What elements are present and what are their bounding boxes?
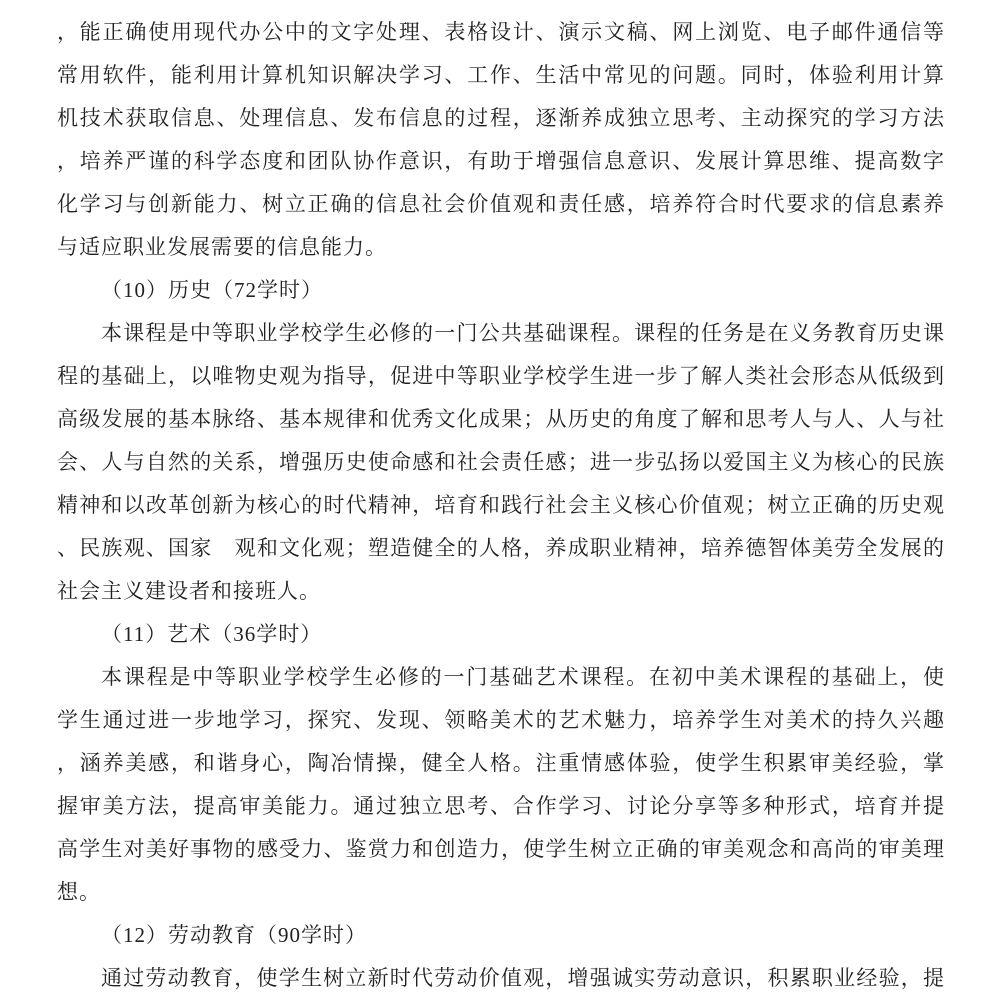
text-line: ，培养严谨的科学态度和团队协作意识，有助于增强信息意识、发展计算思维、提高数字 bbox=[57, 140, 945, 183]
text-line: 精神和以改革创新为核心的时代精神，培育和践行社会主义核心价值观；树立正确的历史观 bbox=[57, 484, 945, 527]
text-line: 想。 bbox=[57, 871, 945, 914]
text-line: 学生通过进一步地学习，探究、发现、领略美术的艺术魅力，培养学生对美术的持久兴趣 bbox=[57, 699, 945, 742]
section-heading: （10）历史（72学时） bbox=[57, 269, 945, 312]
text-line: 通过劳动教育，使学生树立新时代劳动价值观，增强诚实劳动意识，积累职业经验，提升 bbox=[57, 957, 945, 1000]
text-line: 社会主义建设者和接班人。 bbox=[57, 570, 945, 613]
text-line: ，能正确使用现代办公中的文字处理、表格设计、演示文稿、网上浏览、电子邮件通信等 bbox=[57, 11, 945, 54]
text-line: 化学习与创新能力、树立正确的信息社会价值观和责任感，培养符合时代要求的信息素养 bbox=[57, 183, 945, 226]
text-line: 本课程是中等职业学校学生必修的一门公共基础课程。课程的任务是在义务教育历史课 bbox=[57, 312, 945, 355]
text-line: 握审美方法，提高审美能力。通过独立思考、合作学习、讨论分享等多种形式，培育并提 bbox=[57, 785, 945, 828]
text-line: 常用软件，能利用计算机知识解决学习、工作、生活中常见的问题。同时，体验利用计算 bbox=[57, 54, 945, 97]
document-lines: ，能正确使用现代办公中的文字处理、表格设计、演示文稿、网上浏览、电子邮件通信等常… bbox=[57, 11, 945, 1000]
section-heading: （11）艺术（36学时） bbox=[57, 613, 945, 656]
text-line: 机技术获取信息、处理信息、发布信息的过程，逐渐养成独立思考、主动探究的学习方法 bbox=[57, 97, 945, 140]
text-line: 与适应职业发展需要的信息能力。 bbox=[57, 226, 945, 269]
text-line: 本课程是中等职业学校学生必修的一门基础艺术课程。在初中美术课程的基础上，使 bbox=[57, 656, 945, 699]
section-heading: （12）劳动教育（90学时） bbox=[57, 914, 945, 957]
text-line: ，涵养美感，和谐身心，陶冶情操，健全人格。注重情感体验，使学生积累审美经验，掌 bbox=[57, 742, 945, 785]
text-line: 会、人与自然的关系，增强历史使命感和社会责任感；进一步弘扬以爱国主义为核心的民族 bbox=[57, 441, 945, 484]
text-line: 高级发展的基本脉络、基本规律和优秀文化成果；从历史的角度了解和思考人与人、人与社 bbox=[57, 398, 945, 441]
text-line: 程的基础上，以唯物史观为指导，促进中等职业学校学生进一步了解人类社会形态从低级到 bbox=[57, 355, 945, 398]
text-line: 高学生对美好事物的感受力、鉴赏力和创造力，使学生树立正确的审美观念和高尚的审美理 bbox=[57, 828, 945, 871]
document-page: ，能正确使用现代办公中的文字处理、表格设计、演示文稿、网上浏览、电子邮件通信等常… bbox=[0, 0, 1000, 1000]
text-line: 、民族观、国家 观和文化观；塑造健全的人格，养成职业精神，培养德智体美劳全发展的 bbox=[57, 527, 945, 570]
